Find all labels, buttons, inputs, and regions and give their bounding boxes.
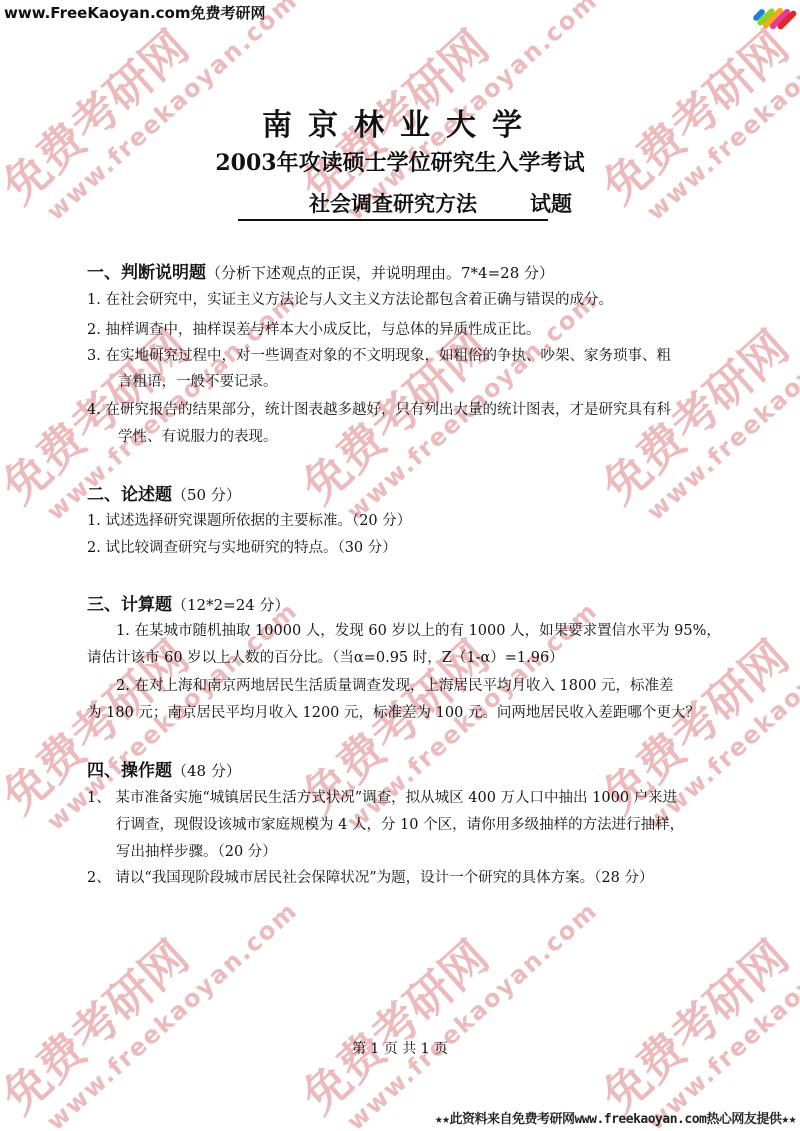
watermark-text: 免费考研网: [586, 923, 800, 1126]
section-title: 三、计算题: [87, 595, 172, 615]
question-line-continued: 请估计该市 60 岁以上人数的百分比。（当α=0.95 时，Z（1-α）=1.9…: [87, 646, 564, 667]
section-note: （50 分）: [172, 486, 241, 504]
question-line: 1. 试述选择研究课题所依据的主要标准。（20 分）: [87, 509, 411, 530]
question-line-continued: 为 180 元；南京居民平均月收入 1200 元，标准差为 100 元。问两地居…: [87, 701, 700, 722]
question-line: 2. 在对上海和南京两地居民生活质量调查发现，上海居民平均月收入 1800 元，…: [116, 674, 674, 695]
watermark-url: www.freekaoyan.com: [641, 896, 800, 1131]
question-line: 2、 请以“我国现阶段城市居民社会保障状况”为题，设计一个研究的具体方案。（28…: [87, 866, 653, 887]
section-heading-4: 四、操作题（48 分）: [87, 756, 241, 781]
question-line: 4. 在研究报告的结果部分，统计图表越多越好，只有列出大量的统计图表，才是研究具…: [87, 398, 671, 419]
watermark-url: www.freekaoyan.com: [341, 896, 603, 1131]
question-line: 2. 试比较调查研究与实地研究的特点。（30 分）: [87, 536, 397, 557]
question-line: 1. 在某城市随机抽取 10000 人，发现 60 岁以上的有 1000 人，如…: [116, 619, 721, 640]
question-line-continued: 言粗语，一般不要记录。: [118, 370, 278, 391]
colorful-stripes-logo-icon: [750, 2, 794, 38]
university-title: 南京林业大学: [0, 100, 800, 144]
question-line-continued: 写出抽样步骤。（20 分）: [116, 840, 277, 861]
section-title: 一、判断说明题: [87, 263, 206, 283]
question-line-continued: 行调查，现假设该城市家庭规模为 4 人，分 10 个区，请你用多级抽样的方法进行…: [116, 813, 684, 834]
question-line-continued: 学性、有说服力的表现。: [118, 425, 278, 446]
subject-suffix: 试题: [530, 188, 572, 218]
question-line: 1、 某市准备实施“城镇居民生活方式状况”调查，拟从城区 400 万人口中抽出 …: [87, 786, 677, 807]
section-note: （48 分）: [172, 762, 241, 780]
question-line: 1. 在社会研究中，实证主义方法论与人文主义方法论都包含着正确与错误的成分。: [87, 288, 613, 309]
exam-title: 2003年攻读硕士学位研究生入学考试: [0, 146, 800, 177]
watermark-url: www.freekaoyan.com: [41, 896, 303, 1131]
site-header-text: www.FreeKaoyan.com免费考研网: [4, 2, 266, 23]
section-heading-2: 二、论述题（50 分）: [87, 480, 241, 505]
page-number: 第 1 页 共 1 页: [0, 1038, 800, 1058]
section-heading-3: 三、计算题（12*2=24 分）: [87, 590, 290, 615]
section-note: （12*2=24 分）: [172, 596, 290, 614]
question-line: 2. 抽样调查中，抽样误差与样本大小成反比，与总体的异质性成正比。: [87, 318, 540, 339]
watermark-text: 免费考研网: [0, 923, 201, 1126]
section-heading-1: 一、判断说明题（分析下述观点的正误，并说明理由。7*4=28 分）: [87, 258, 554, 283]
section-title: 二、论述题: [87, 485, 172, 505]
section-title: 四、操作题: [87, 761, 172, 781]
question-line: 3. 在实地研究过程中，对一些调查对象的不文明现象，如粗俗的争执、吵架、家务琐事…: [87, 344, 671, 365]
footer-note: ★★此资料来自免费考研网www.freekaoyan.com热心网友提供★★: [435, 1108, 796, 1127]
watermark-text: 免费考研网: [286, 923, 501, 1126]
subject-title: 社会调查研究方法: [238, 188, 548, 221]
section-note: （分析下述观点的正误，并说明理由。7*4=28 分）: [206, 264, 554, 282]
